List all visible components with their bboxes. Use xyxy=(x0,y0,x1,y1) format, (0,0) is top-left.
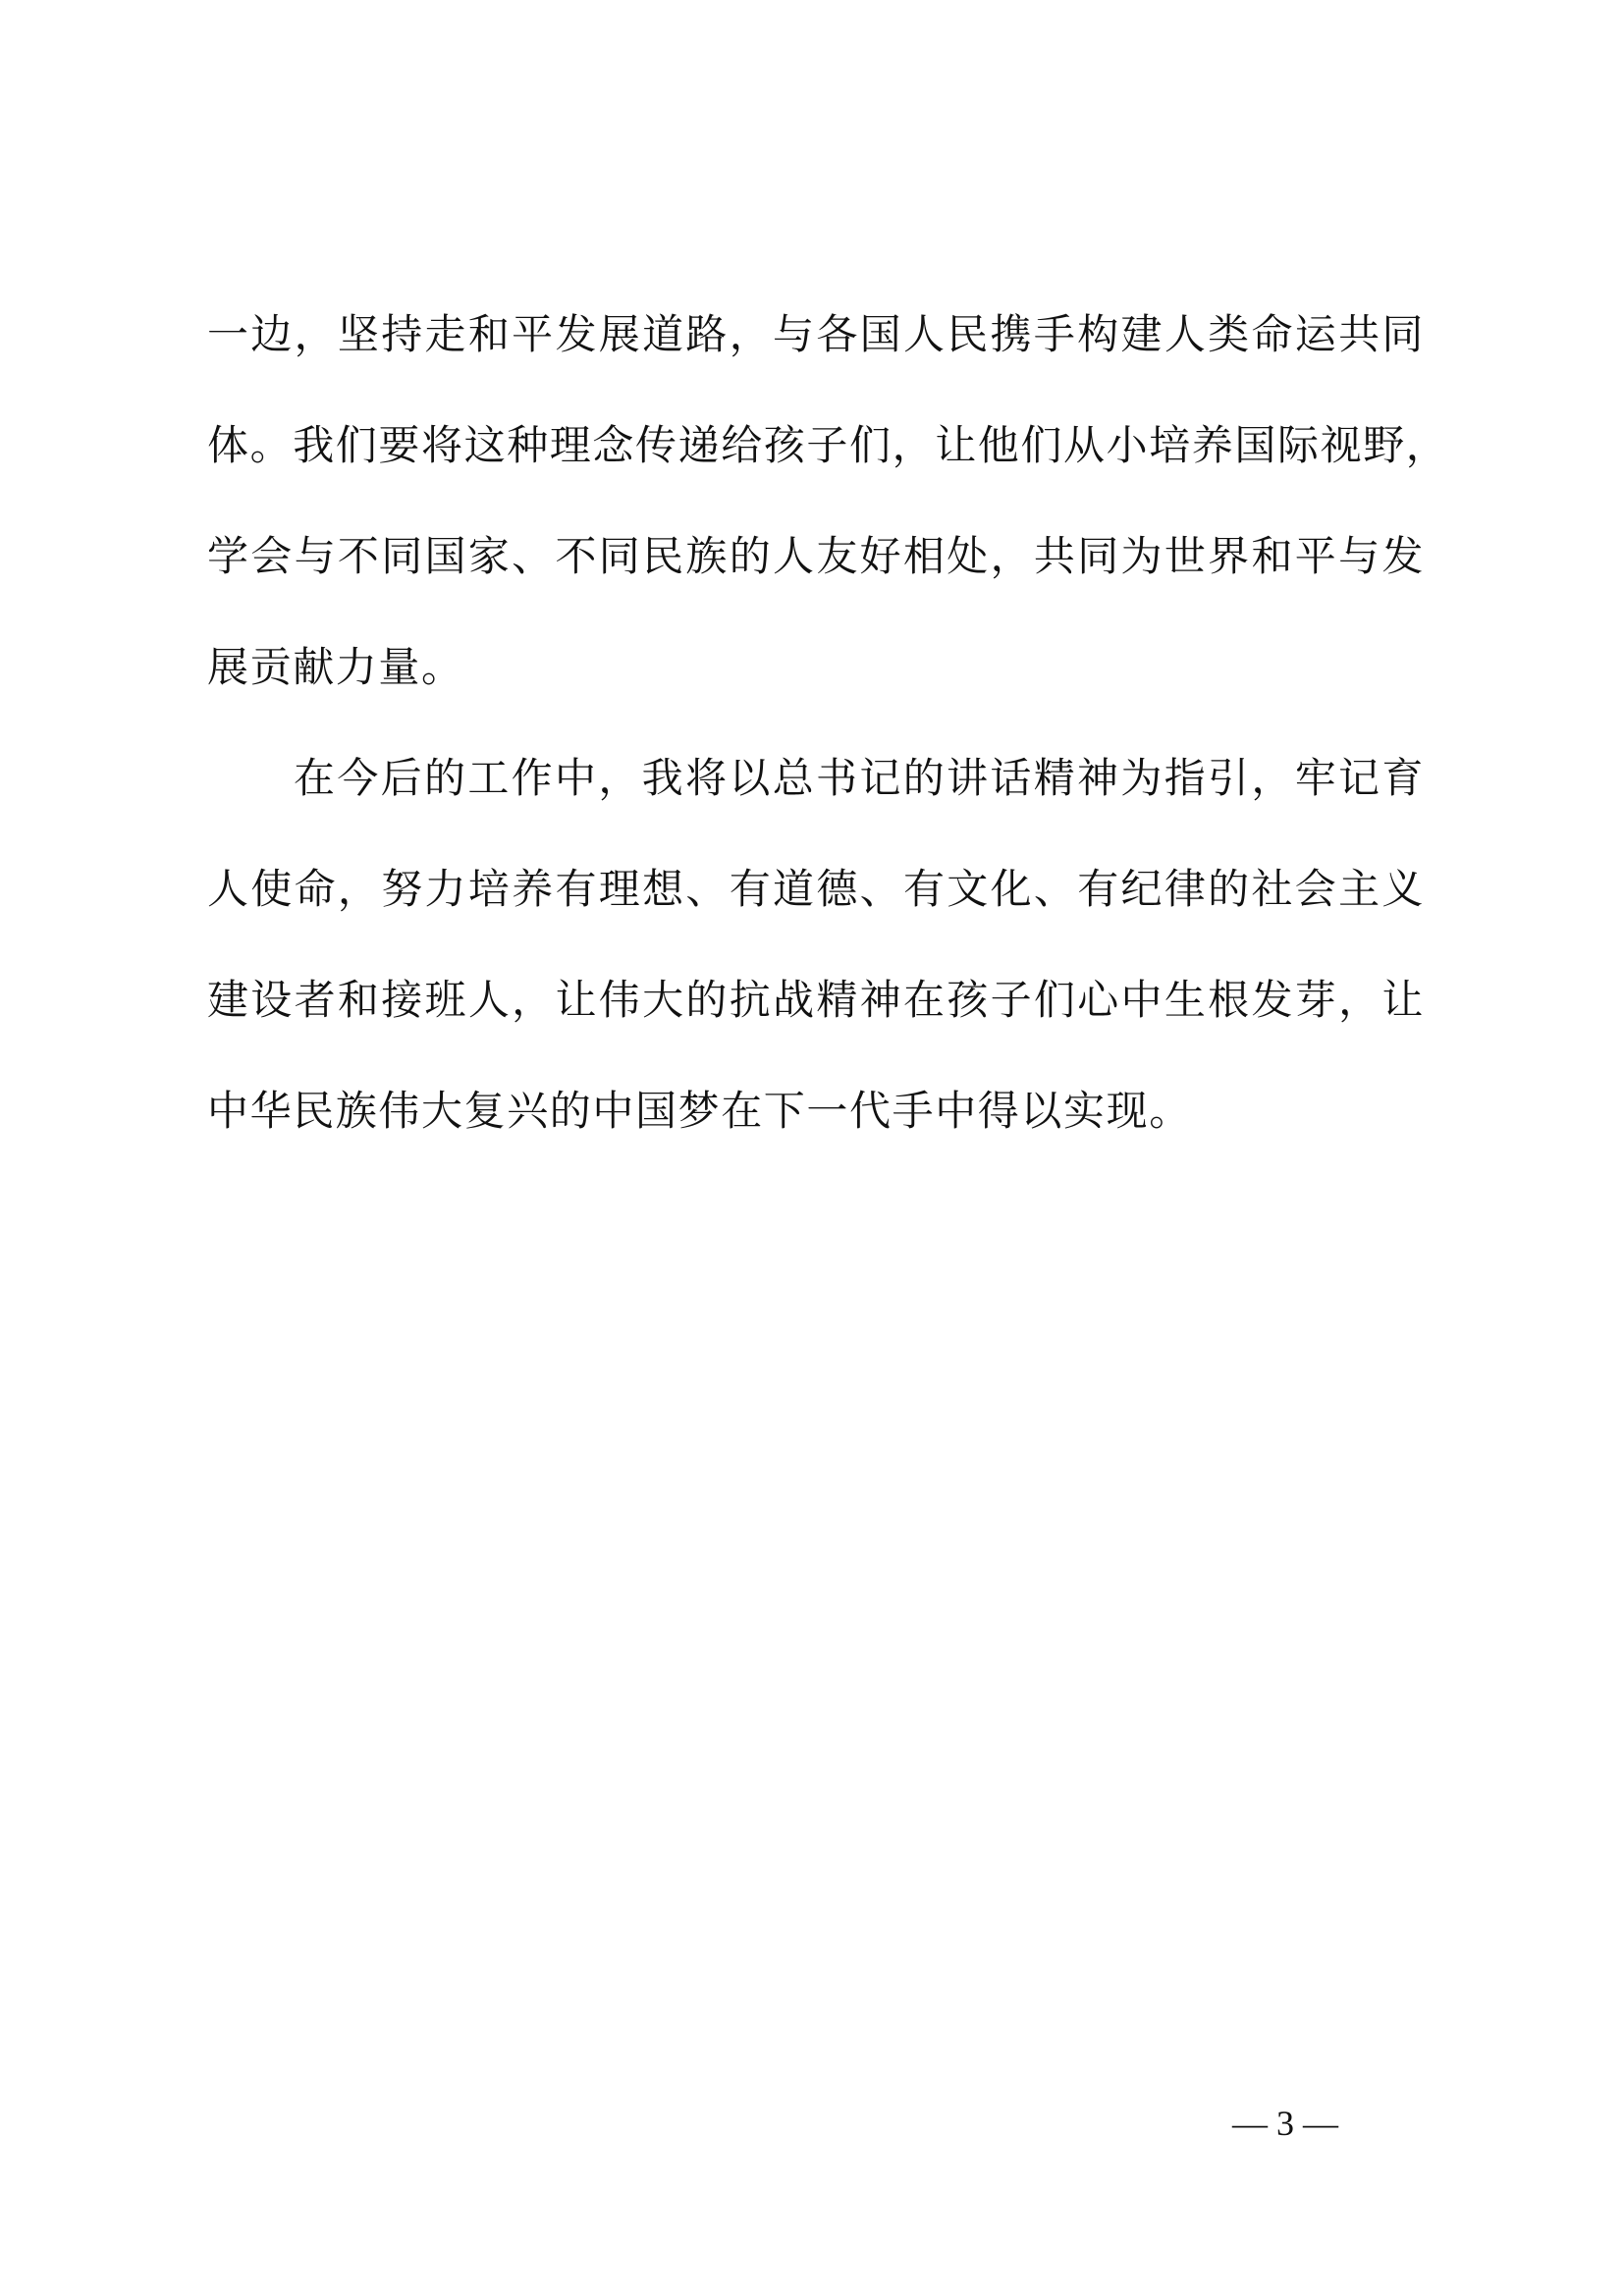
text-line: 学会与不同国家、不同民族的人友好相处，共同为世界和平与发 xyxy=(207,532,1425,643)
document-page: 一边，坚持走和平发展道路，与各国人民携手构建人类命运共同 体。我们要将这种理念传… xyxy=(0,0,1624,2296)
page-number: — 3 — xyxy=(1232,2102,1338,2145)
text-line: 体。我们要将这种理念传递给孩子们，让他们从小培养国际视野， xyxy=(207,421,1425,532)
text-line: 建设者和接班人，让伟大的抗战精神在孩子们心中生根发芽，让 xyxy=(207,976,1425,1087)
body-text: 一边，坚持走和平发展道路，与各国人民携手构建人类命运共同 体。我们要将这种理念传… xyxy=(207,310,1425,1198)
text-line: 人使命，努力培养有理想、有道德、有文化、有纪律的社会主义 xyxy=(207,865,1425,976)
text-line: 展贡献力量。 xyxy=(207,643,1425,754)
text-line: 中华民族伟大复兴的中国梦在下一代手中得以实现。 xyxy=(207,1087,1425,1198)
text-line: 一边，坚持走和平发展道路，与各国人民携手构建人类命运共同 xyxy=(207,310,1425,421)
paragraph-1: 一边，坚持走和平发展道路，与各国人民携手构建人类命运共同 体。我们要将这种理念传… xyxy=(207,310,1425,754)
text-line: 在今后的工作中，我将以总书记的讲话精神为指引，牢记育 xyxy=(207,754,1425,865)
paragraph-2: 在今后的工作中，我将以总书记的讲话精神为指引，牢记育 人使命，努力培养有理想、有… xyxy=(207,754,1425,1198)
